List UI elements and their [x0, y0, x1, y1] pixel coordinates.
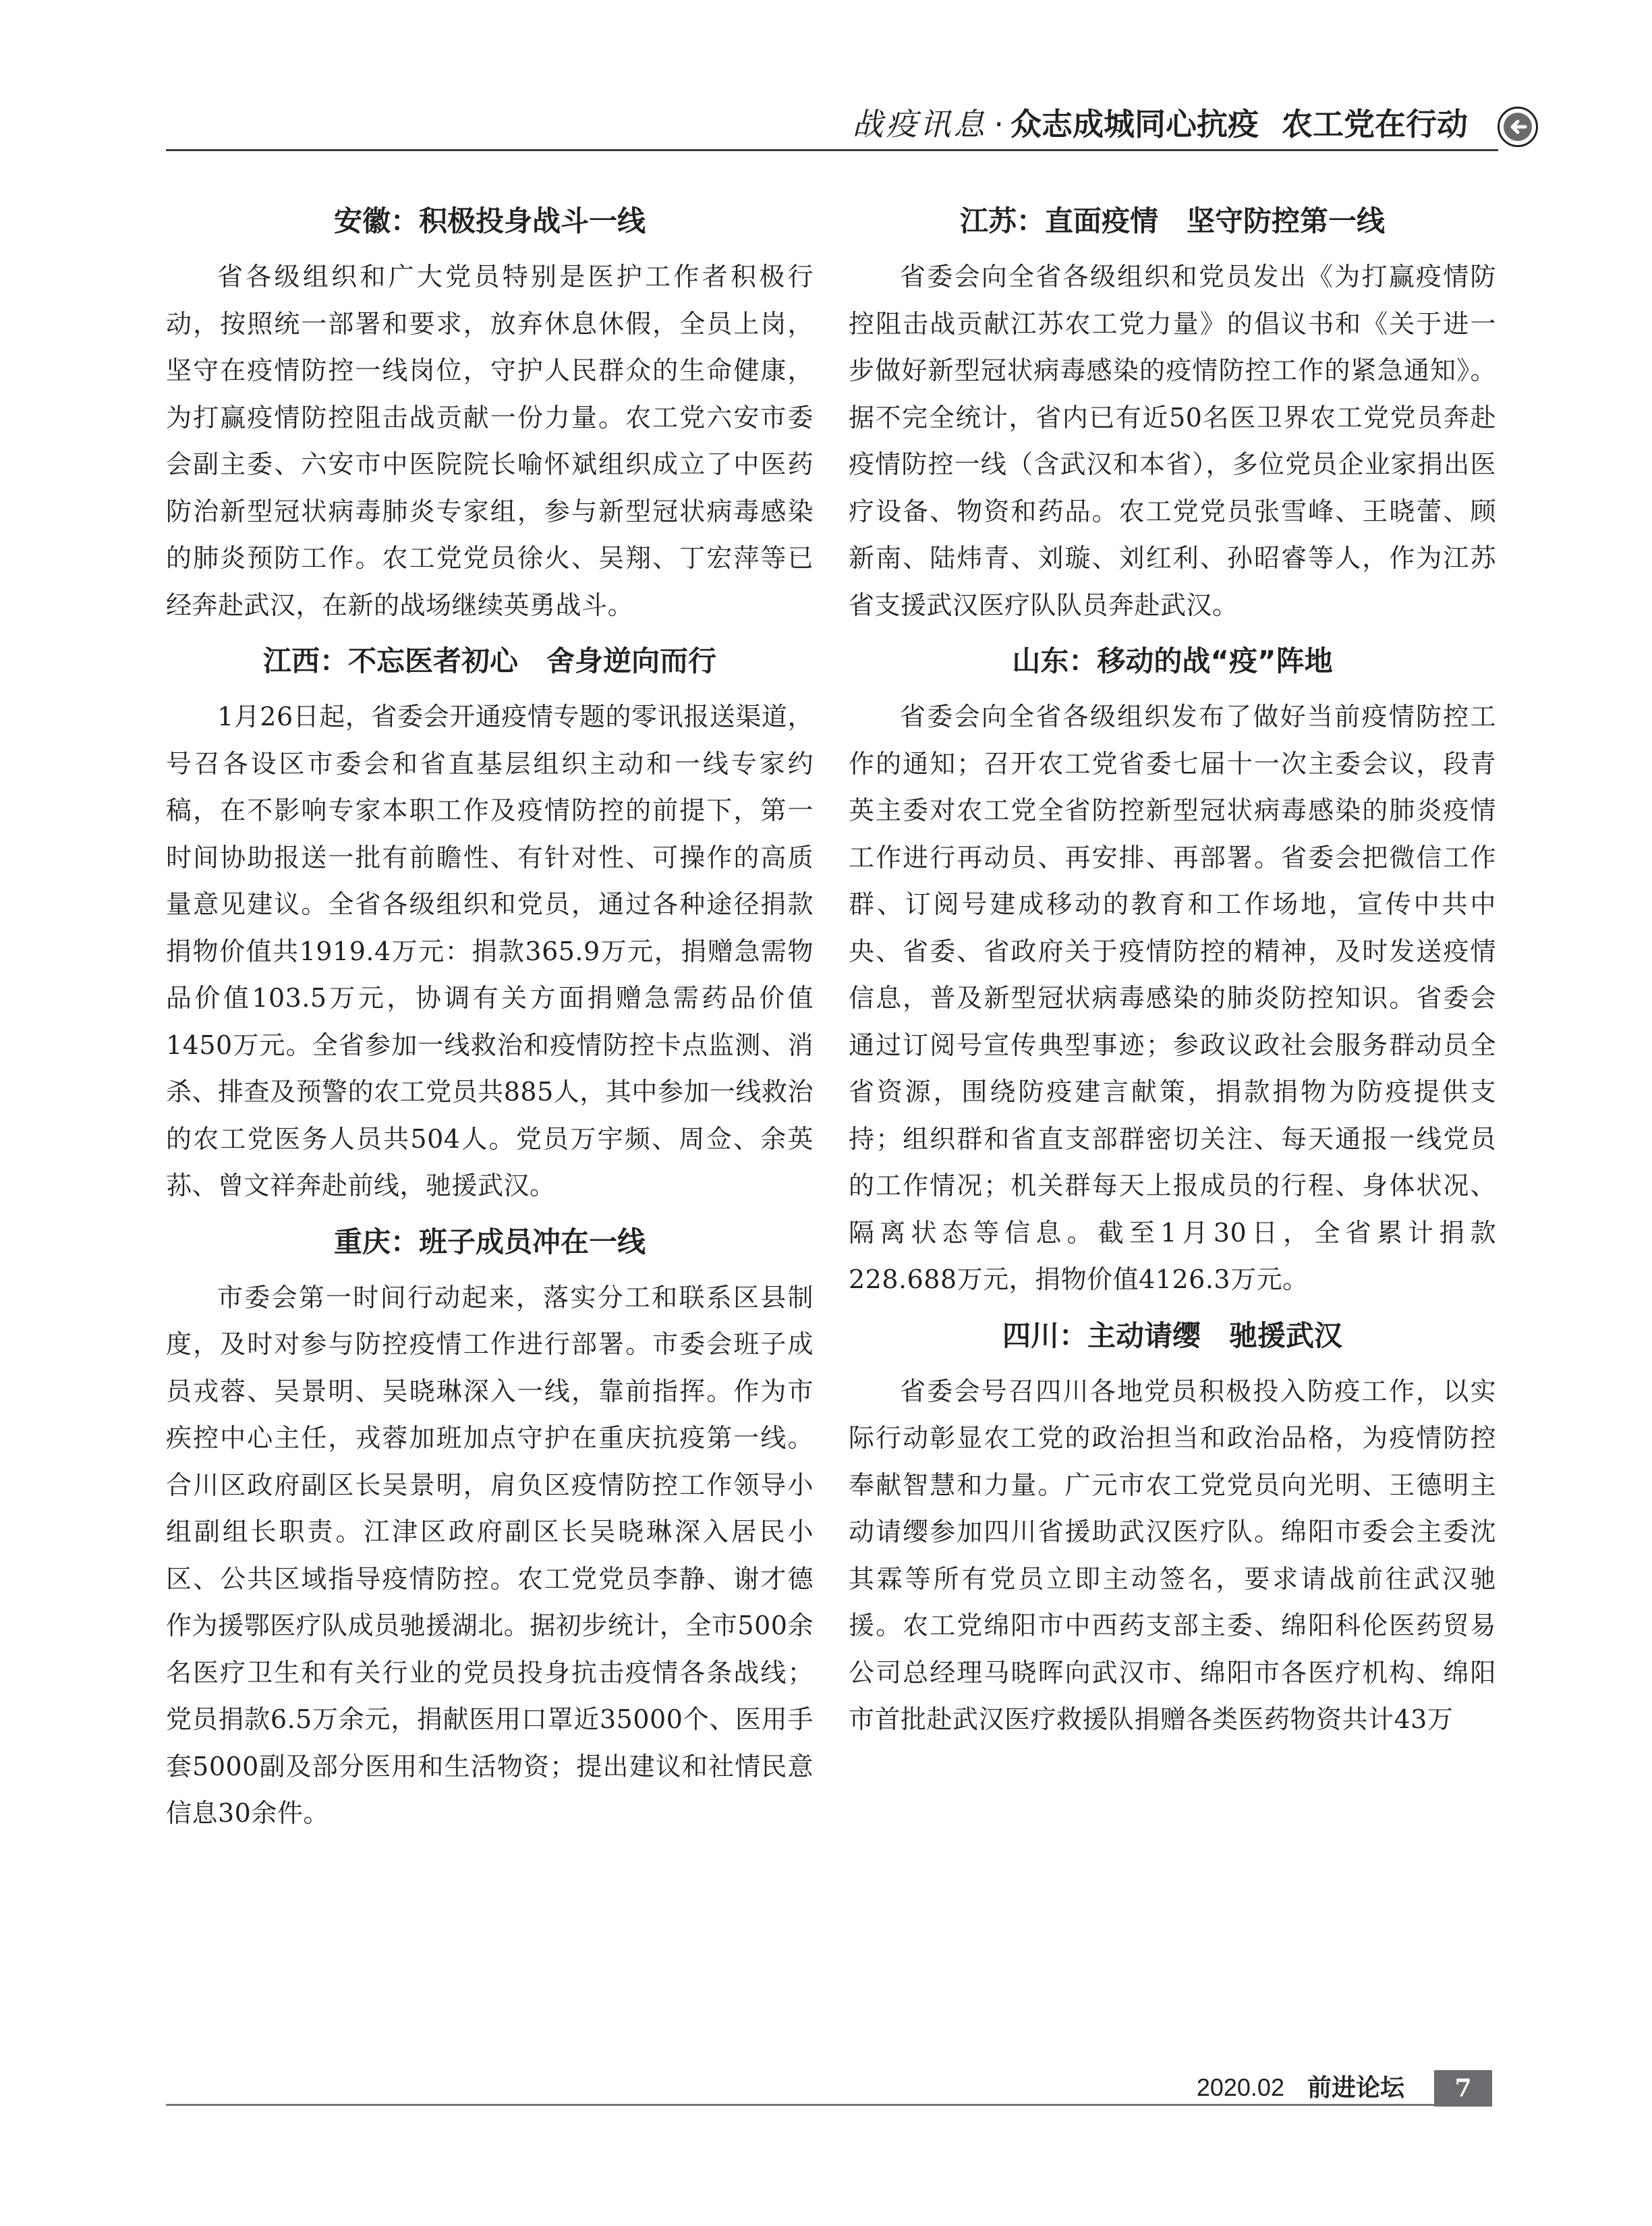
- page-footer: 2020.02前进论坛 7: [166, 2071, 1492, 2112]
- article-body: 安徽：积极投身战斗一线 省各级组织和广大党员特别是医护工作者积极行动，按照统一部…: [166, 196, 1488, 2031]
- section-header-title: 战疫讯息·众志成城同心抗疫农工党在行动: [852, 104, 1468, 144]
- back-arrow-circle-icon: [1498, 107, 1538, 147]
- section-paragraph: 省委会向全省各级组织和党员发出《为打赢疫情防控阻击战贡献江苏农工党力量》的倡议书…: [849, 254, 1496, 629]
- issue-date: 2020.02: [1197, 2074, 1284, 2101]
- section-title: 江西：不忘医者初心 舍身逆向而行: [166, 641, 814, 681]
- section-title: 江苏：直面疫情 坚守防控第一线: [849, 201, 1496, 242]
- section-title: 四川：主动请缨 驰援武汉: [849, 1316, 1496, 1356]
- right-column: 江苏：直面疫情 坚守防控第一线 省委会向全省各级组织和党员发出《为打赢疫情防控阻…: [849, 196, 1496, 1756]
- header-kicker: 战疫讯息: [852, 106, 987, 142]
- magazine-name: 前进论坛: [1307, 2074, 1404, 2102]
- section-anhui: 安徽：积极投身战斗一线 省各级组织和广大党员特别是医护工作者积极行动，按照统一部…: [166, 201, 814, 629]
- section-jiangsu: 江苏：直面疫情 坚守防控第一线 省委会向全省各级组织和党员发出《为打赢疫情防控阻…: [849, 201, 1496, 629]
- page-header: 战疫讯息·众志成城同心抗疫农工党在行动: [166, 101, 1542, 155]
- section-title: 重庆：班子成员冲在一线: [166, 1222, 814, 1262]
- section-paragraph: 1月26日起，省委会开通疫情专题的零讯报送渠道，号召各设区市委会和省直基层组织主…: [166, 694, 814, 1210]
- section-paragraph: 省委会向全省各级组织发布了做好当前疫情防控工作的通知；召开农工党省委七届十一次主…: [849, 694, 1496, 1304]
- section-sichuan: 四川：主动请缨 驰援武汉 省委会号召四川各地党员积极投入防疫工作，以实际行动彰显…: [849, 1316, 1496, 1744]
- section-shandong: 山东：移动的战“疫”阵地 省委会向全省各级组织发布了做好当前疫情防控工作的通知；…: [849, 641, 1496, 1304]
- section-title: 安徽：积极投身战斗一线: [166, 201, 814, 242]
- section-paragraph: 省各级组织和广大党员特别是医护工作者积极行动，按照统一部署和要求，放弃休息休假，…: [166, 254, 814, 629]
- header-divider: [166, 149, 1498, 151]
- section-jiangxi: 江西：不忘医者初心 舍身逆向而行 1月26日起，省委会开通疫情专题的零讯报送渠道…: [166, 641, 814, 1210]
- page-number: 7: [1434, 2070, 1492, 2107]
- footer-divider: [166, 2104, 1434, 2106]
- header-title-part1: 众志成城同心抗疫: [1010, 106, 1259, 142]
- section-paragraph: 市委会第一时间行动起来，落实分工和联系区县制度，及时对参与防控疫情工作进行部署。…: [166, 1275, 814, 1837]
- left-column: 安徽：积极投身战斗一线 省各级组织和广大党员特别是医护工作者积极行动，按照统一部…: [166, 196, 814, 1849]
- header-separator: ·: [994, 106, 1004, 142]
- footer-issue-info: 2020.02前进论坛: [1197, 2073, 1404, 2103]
- header-title-part2: 农工党在行动: [1282, 106, 1468, 142]
- section-title: 山东：移动的战“疫”阵地: [849, 641, 1496, 681]
- section-paragraph: 省委会号召四川各地党员积极投入防疫工作，以实际行动彰显农工党的政治担当和政治品格…: [849, 1368, 1496, 1744]
- section-chongqing: 重庆：班子成员冲在一线 市委会第一时间行动起来，落实分工和联系区县制度，及时对参…: [166, 1222, 814, 1837]
